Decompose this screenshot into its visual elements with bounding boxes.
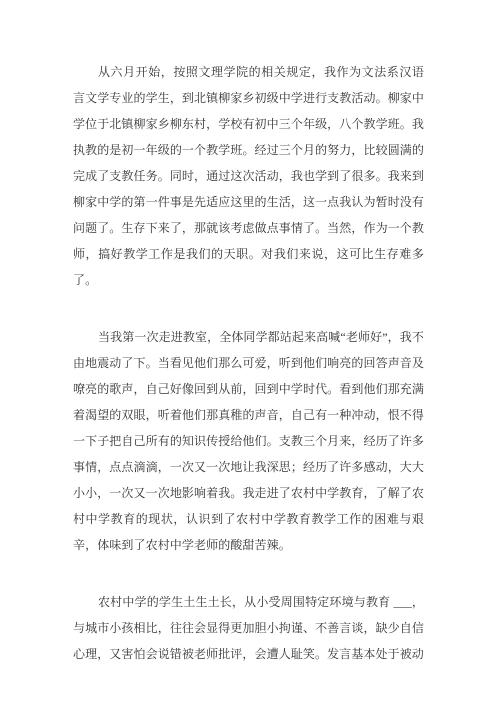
document-body: 从六月开始，按照文理学院的相关规定，我作为文法系汉语言文学专业的学生，到北镇柳家… bbox=[73, 59, 424, 667]
paragraph-1: 从六月开始，按照文理学院的相关规定，我作为文法系汉语言文学专业的学生，到北镇柳家… bbox=[73, 59, 424, 293]
document-page: 从六月开始，按照文理学院的相关规定，我作为文法系汉语言文学专业的学生，到北镇柳家… bbox=[0, 0, 500, 708]
paragraph-2: 当我第一次走进教室，全体同学都站起来高喊“老师好”，我不由地震动了下。当看见他们… bbox=[73, 324, 424, 558]
paragraph-3: 农村中学的学生土生土长，从小受周围特定环境与教育 ___，与城市小孩相比，往往会… bbox=[73, 589, 424, 667]
